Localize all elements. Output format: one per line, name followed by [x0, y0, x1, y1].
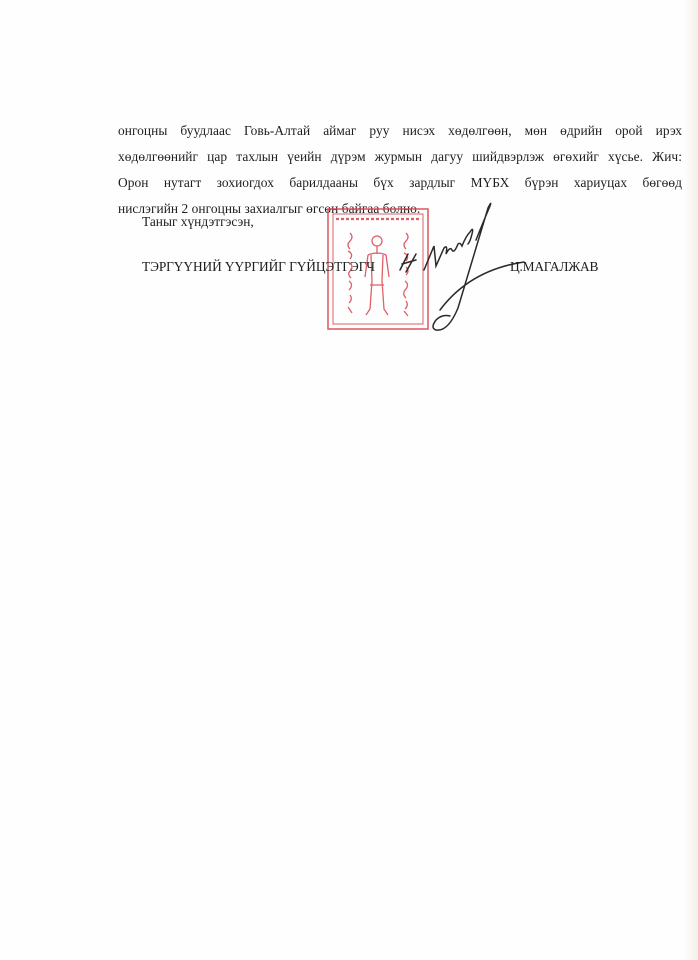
body-line: Орон нутагт зохиогдох барилдааны бүх зар…: [118, 170, 682, 196]
page-edge-shadow: [684, 0, 698, 960]
body-line: хөдөлгөөнийг цар тахлын үеийн дүрэм журм…: [118, 144, 682, 170]
handwritten-signature-icon: [380, 200, 530, 335]
signatory-title: ТЭРГҮҮНИЙ ҮҮРГИЙГ ГҮЙЦЭТГЭГЧ: [142, 259, 375, 275]
body-line: онгоцны буудлаас Говь-Алтай аймаг руу ни…: [118, 118, 682, 144]
document-page: онгоцны буудлаас Говь-Алтай аймаг руу ни…: [0, 0, 698, 960]
closing-salutation: Таныг хүндэтгэсэн,: [142, 214, 254, 230]
signatory-name: Ц.МАГАЛЖАВ: [510, 259, 598, 275]
